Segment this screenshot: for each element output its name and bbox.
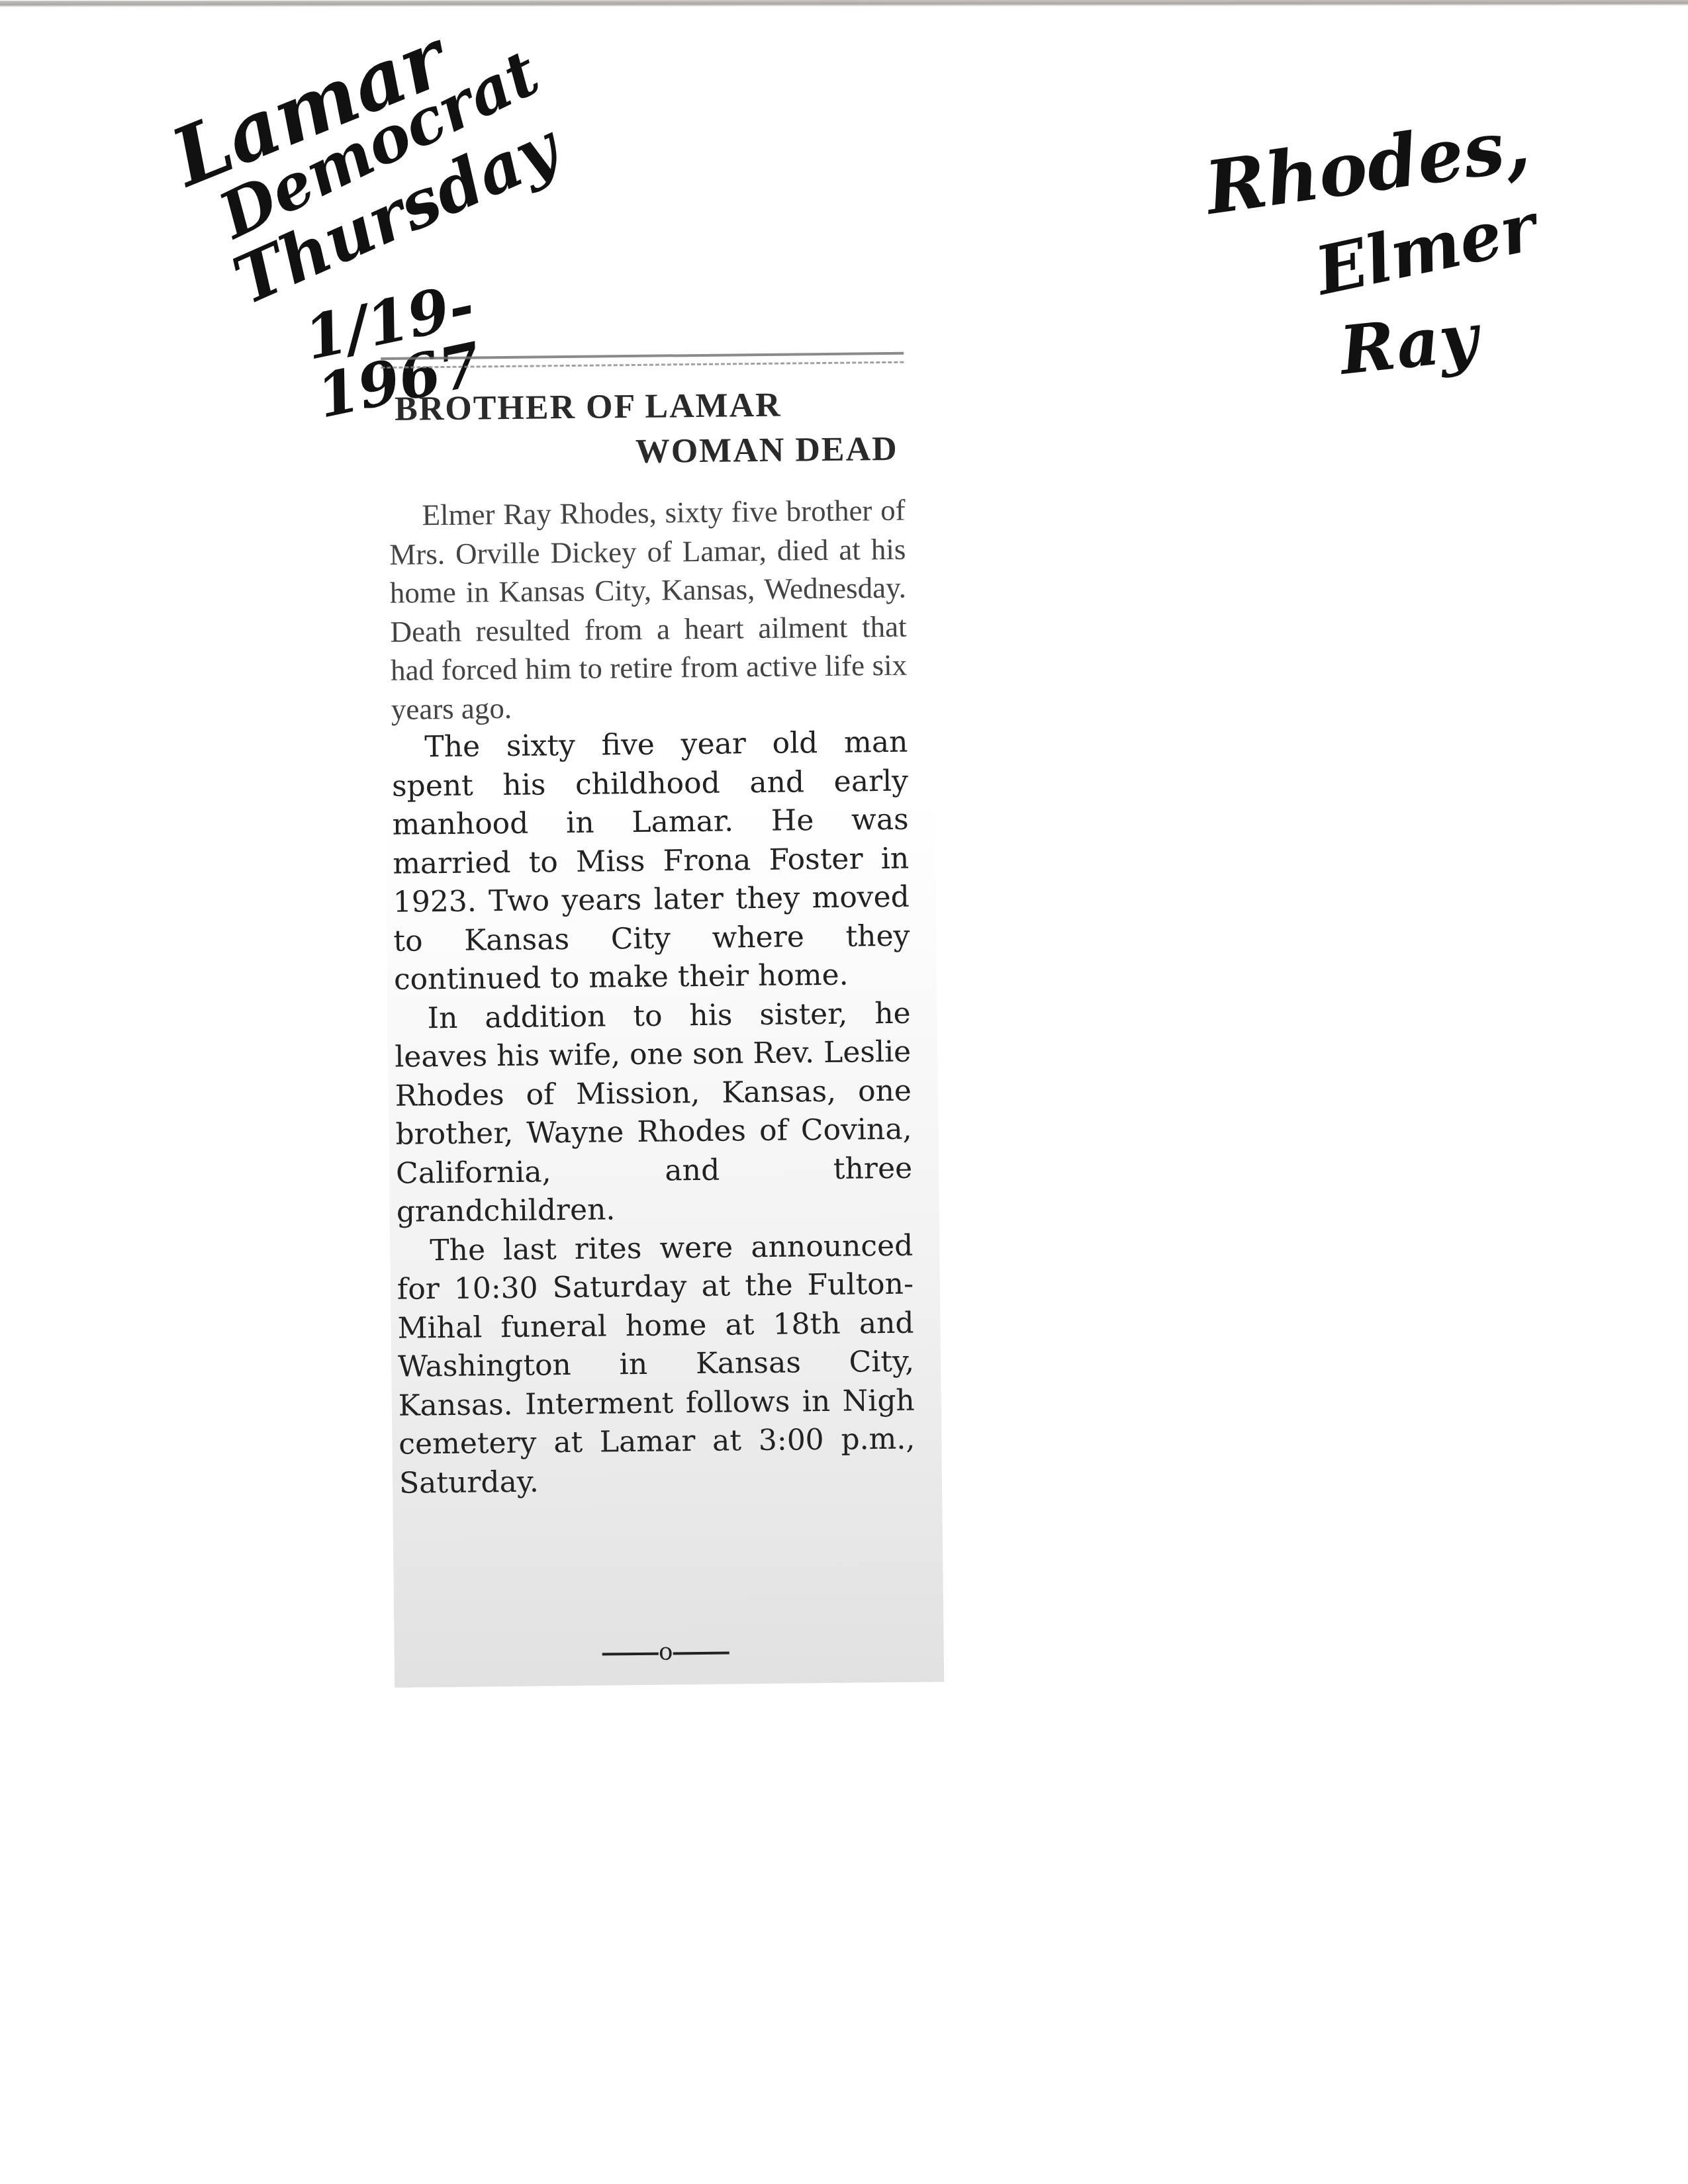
headline: BROTHER OF LAMAR WOMAN DEAD — [395, 382, 898, 477]
handwritten-name-note: Rhodes, Elmer Ray — [1192, 139, 1523, 404]
paragraph: The last rites were announced for 10:30 … — [397, 1226, 915, 1503]
handwritten-source-note: Lamar Democrat Thursday 1/19-1967 — [179, 93, 576, 344]
column-rule — [381, 352, 904, 369]
newspaper-clipping: BROTHER OF LAMAR WOMAN DEAD Elmer Ray Rh… — [381, 338, 945, 1707]
headline-line-2: WOMAN DEAD — [395, 427, 898, 477]
headline-line-1: BROTHER OF LAMAR — [395, 382, 898, 432]
end-dash-right — [673, 1652, 729, 1655]
paragraph: Elmer Ray Rhodes, sixty five brother of … — [389, 491, 908, 729]
article-body: Elmer Ray Rhodes, sixty five brother of … — [389, 491, 915, 1503]
paragraph: In addition to his sister, he leaves his… — [394, 994, 913, 1232]
end-mark: o — [586, 1637, 745, 1659]
scan-edge — [0, 0, 1688, 7]
end-dash-left — [602, 1653, 659, 1656]
handwritten-middle-name: Ray — [1337, 304, 1481, 384]
paragraph: The sixty five year old man spent his ch… — [391, 723, 910, 1000]
end-mark-glyph: o — [659, 1638, 673, 1665]
